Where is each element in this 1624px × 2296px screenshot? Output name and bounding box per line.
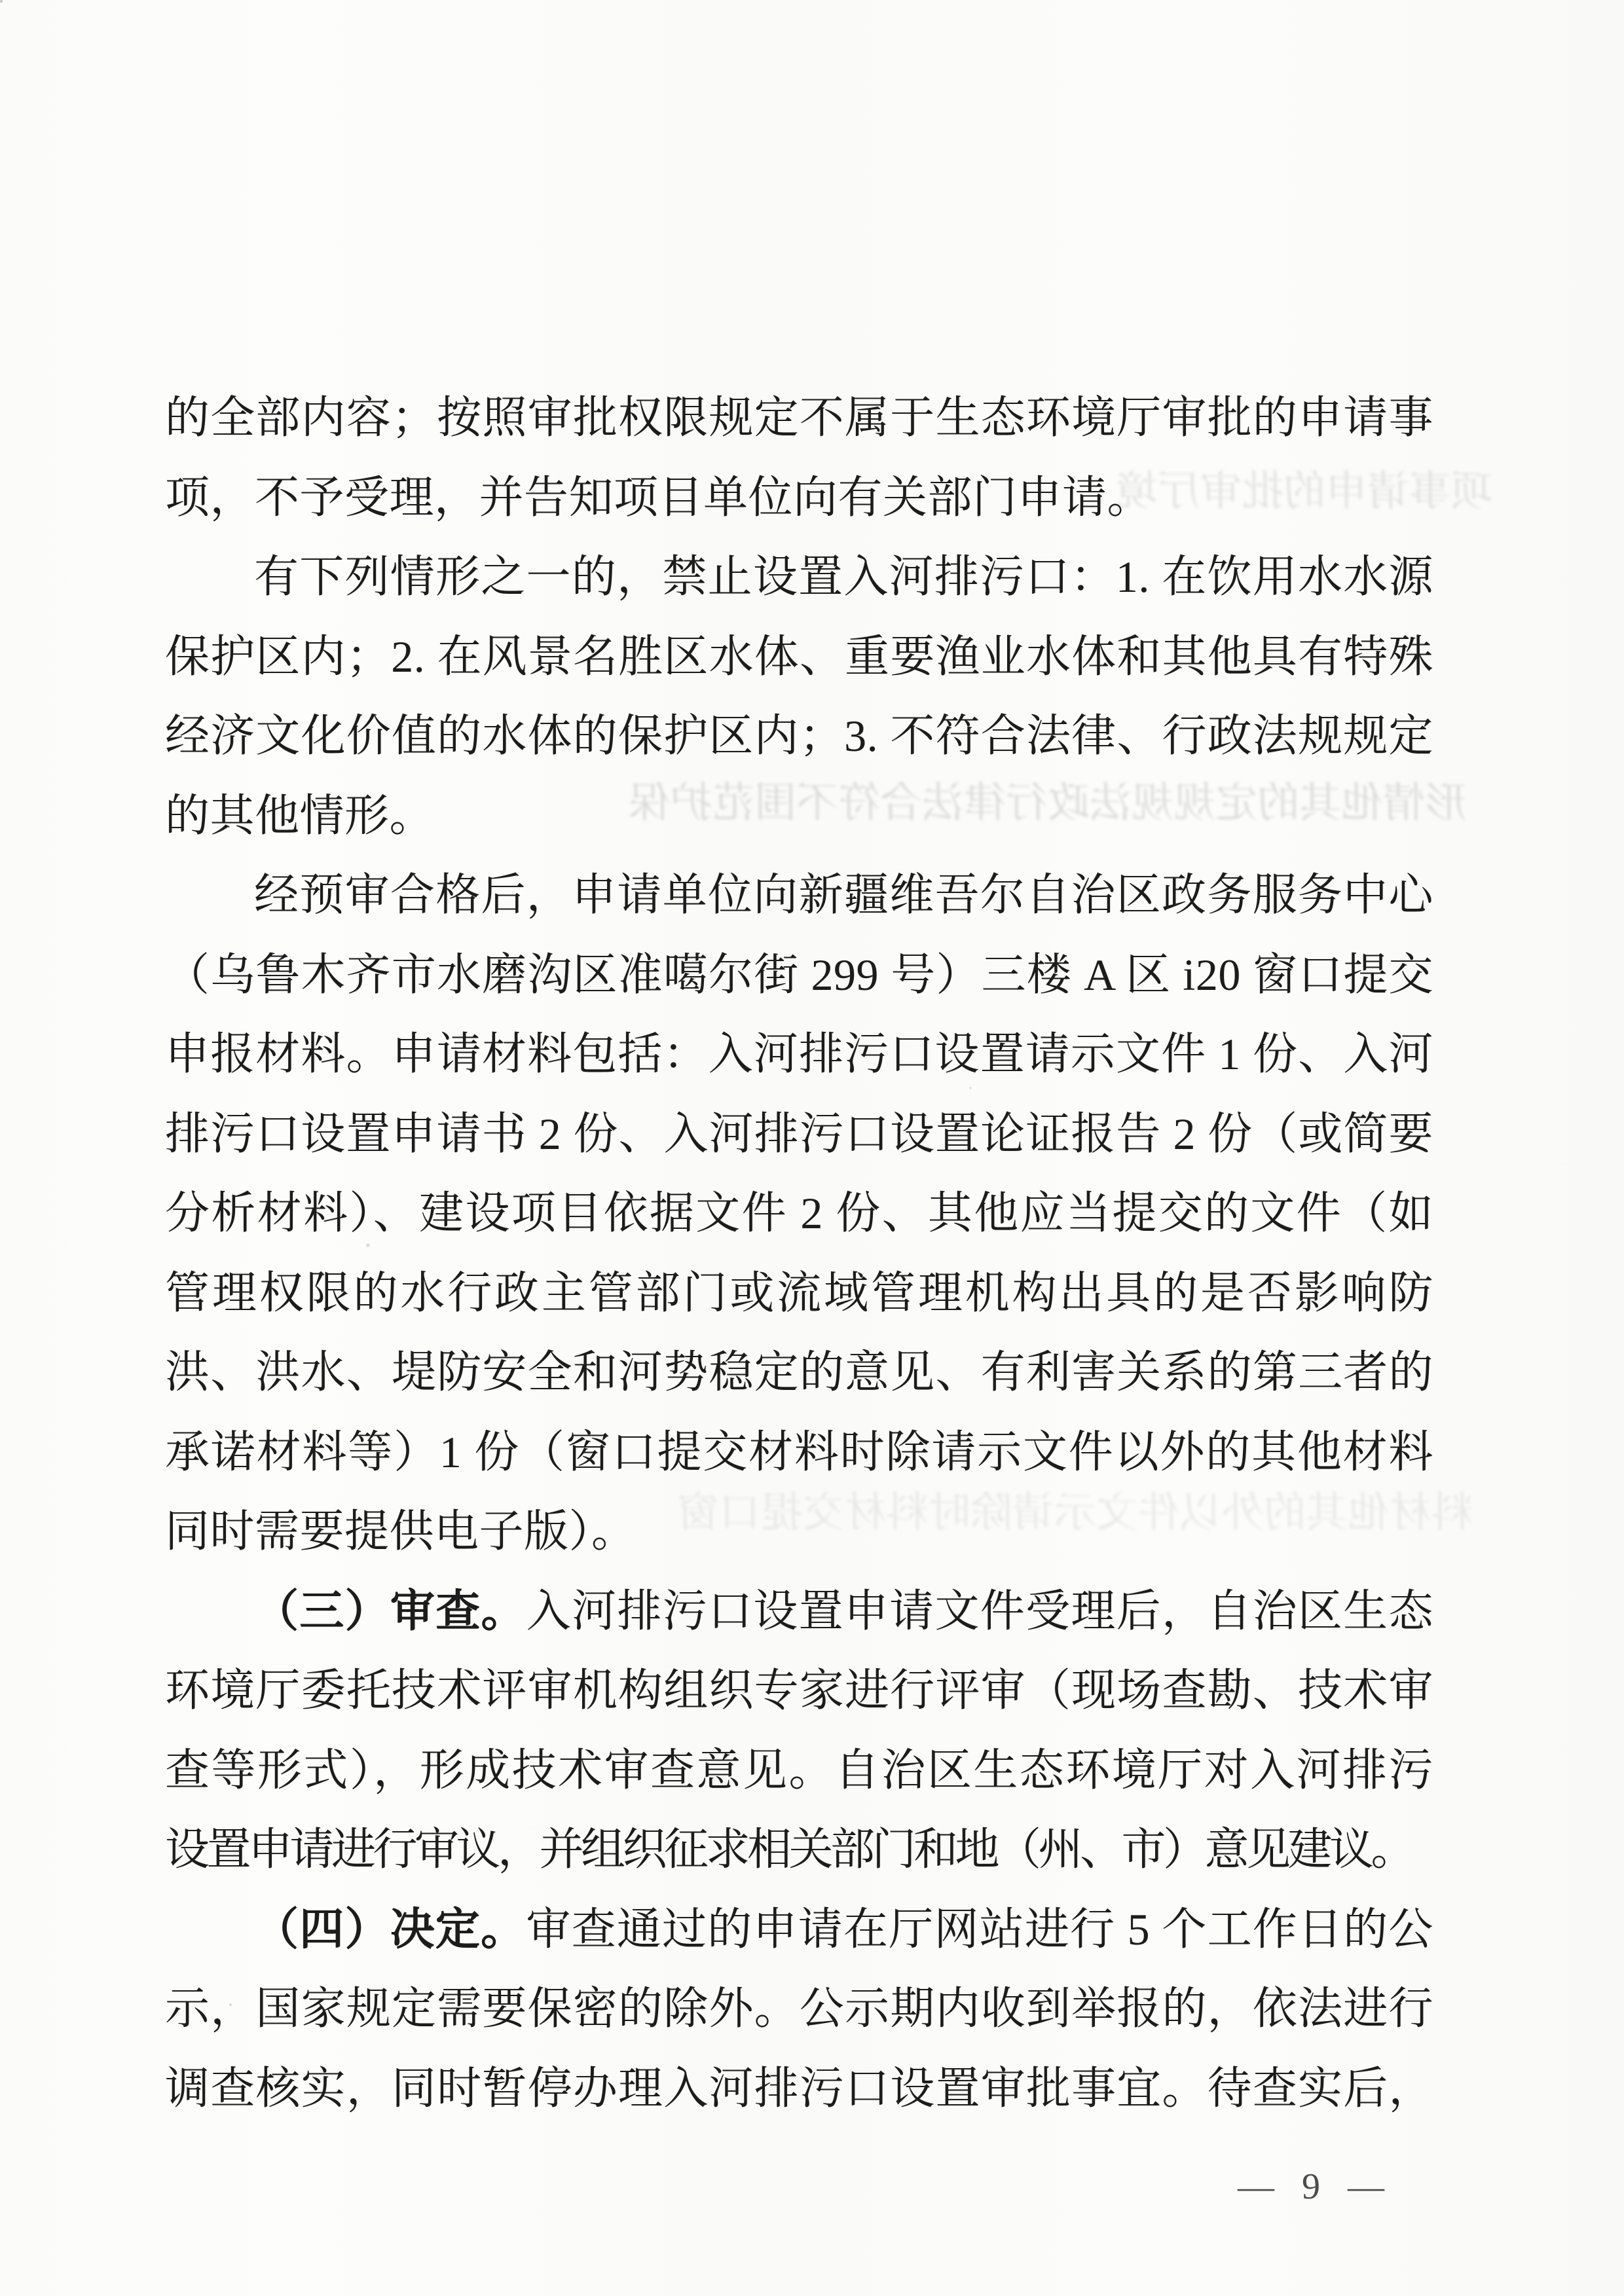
text-line: （三）审查。入河排污口设置申请文件受理后，自治区生态 (165, 1572, 1433, 1652)
text-line: 同时需要提供电子版）。 (165, 1492, 1433, 1572)
text-line: 的其他情形。 (165, 776, 1433, 856)
text-line: 排污口设置申请书 2 份、入河排污口设置论证报告 2 份（或简要 (165, 1095, 1433, 1175)
text-line: 经济文化价值的水体的保护区内；3. 不符合法律、行政法规规定 (165, 697, 1433, 776)
text-line: 保护区内；2. 在风景名胜区水体、重要渔业水体和其他具有特殊 (165, 617, 1433, 697)
text-line: 调查核实，同时暂停办理入河排污口设置审批事宜。待查实后， (165, 2049, 1433, 2129)
text-line: 的全部内容；按照审批权限规定不属于生态环境厅审批的申请事 (165, 378, 1433, 458)
paragraph-lead: （三）审查。 (254, 1586, 526, 1636)
text-line: 分析材料）、建设项目依据文件 2 份、其他应当提交的文件（如有 (165, 1174, 1433, 1254)
text-line: 管理权限的水行政主管部门或流域管理机构出具的是否影响防 (165, 1254, 1433, 1334)
text-line: （乌鲁木齐市水磨沟区准噶尔街 299 号）三楼 A 区 i20 窗口提交 (165, 936, 1433, 1015)
text-line: 申报材料。申请材料包括：入河排污口设置请示文件 1 份、入河 (165, 1015, 1433, 1095)
text-line: 经预审合格后，申请单位向新疆维吾尔自治区政务服务中心 (165, 856, 1433, 936)
text-line: 示，国家规定需要保密的除外。公示期内收到举报的，依法进行 (165, 1969, 1433, 2049)
text-line: 洪、洪水、堤防安全和河势稳定的意见、有利害关系的第三者的 (165, 1333, 1433, 1413)
paragraph-lead: （四）决定。 (254, 1904, 526, 1954)
text-line: 环境厅委托技术评审机构组织专家进行评审（现场查勘、技术审 (165, 1651, 1433, 1731)
text-line: 项，不予受理，并告知项目单位向有关部门申请。 (165, 458, 1433, 538)
text-line: （四）决定。审查通过的申请在厅网站进行 5 个工作日的公 (165, 1890, 1433, 1970)
document-page: 的全部内容；按照审批权限规定不属于生态环境厅审批的申请事项，不予受理，并告知项目… (0, 0, 1624, 2296)
text-line: 有下列情形之一的，禁止设置入河排污口：1. 在饮用水水源 (165, 538, 1433, 617)
text-line: 查等形式），形成技术审查意见。自治区生态环境厅对入河排污口 (165, 1731, 1433, 1811)
text-line: 承诺材料等）1 份（窗口提交材料时除请示文件以外的其他材料 (165, 1413, 1433, 1493)
scan-speckle (0, 0, 3, 3)
page-number: — 9 — (1238, 2166, 1393, 2208)
text-line: 设置申请进行审议，并组织征求相关部门和地（州、市）意见建议。 (165, 1810, 1433, 1890)
body-text: 的全部内容；按照审批权限规定不属于生态环境厅审批的申请事项，不予受理，并告知项目… (165, 378, 1433, 2128)
